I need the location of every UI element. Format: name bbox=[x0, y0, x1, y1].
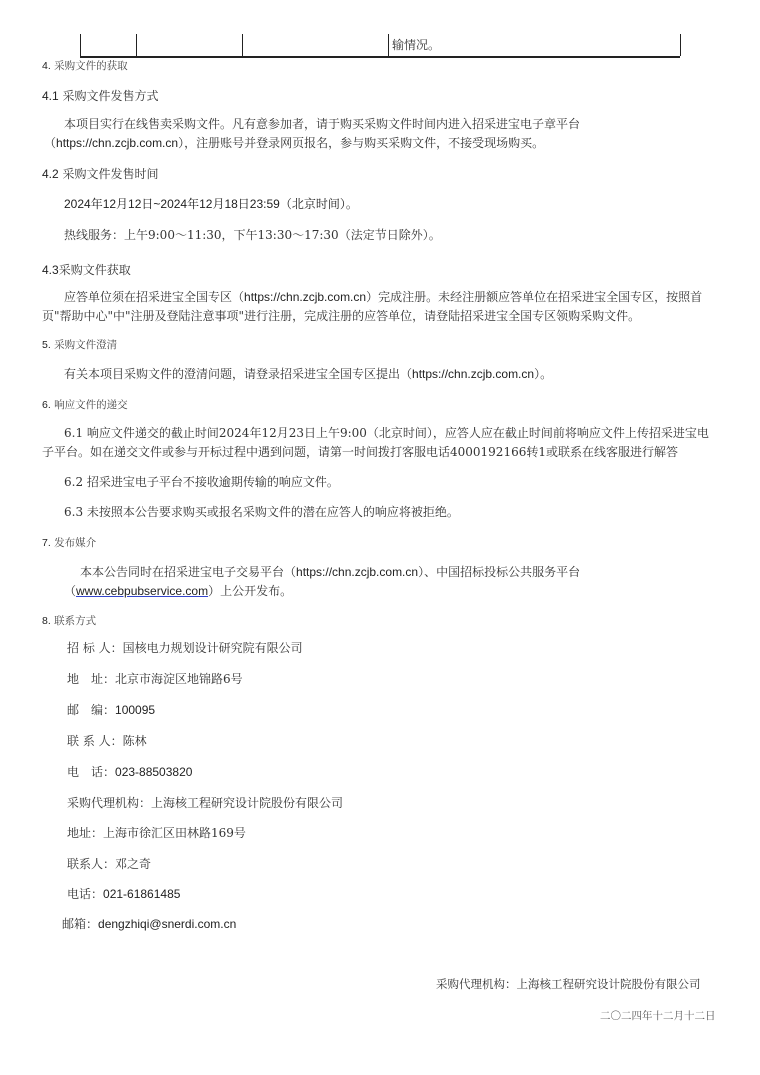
contact-tenderer: 招 标 人：国核电力规划设计研究院有限公司 bbox=[67, 639, 303, 656]
email-link[interactable]: dengzhiqi@snerdi.com.cn bbox=[98, 917, 236, 931]
contact-agency-phone: 电话：021-61861485 bbox=[67, 885, 180, 902]
contact-agency-email: 邮箱：dengzhiqi@snerdi.com.cn bbox=[62, 915, 236, 932]
sale-period: 2024年12月12日~2024年12月18日23:59（北京时间）。 bbox=[64, 194, 358, 214]
contact-agency-address: 地址：上海市徐汇区田林路169号 bbox=[67, 824, 246, 841]
platform-url-link[interactable]: https://chn.zcjb.com.cn bbox=[412, 367, 534, 381]
contact-agency-person: 联系人：邓之奇 bbox=[67, 855, 151, 872]
section-6-1-line2: 子平台。如在递交文件或参与开标过程中遇到问题，请第一时间拨打客服电话400019… bbox=[42, 442, 678, 462]
contact-address: 地 址：北京市海淀区地锦路6号 bbox=[67, 670, 243, 687]
section-7-line1: 本本公告同时在招采进宝电子交易平台（https://chn.zcjb.com.c… bbox=[80, 562, 580, 582]
signature-date: 二〇二四年十二月十二日 bbox=[600, 1008, 716, 1023]
cebpubservice-link[interactable]: www.cebpubservice.com bbox=[76, 584, 208, 598]
section-6-heading: 6. 响应文件的递交 bbox=[42, 397, 128, 412]
section-6-2: 6.2 招采进宝电子平台不接收逾期传输的响应文件。 bbox=[64, 472, 339, 492]
table-cell-text: 输情况。 bbox=[392, 36, 440, 53]
section-4-2-heading: 4.2 采购文件发售时间 bbox=[42, 165, 159, 182]
table-column-border bbox=[136, 34, 137, 56]
section-6-1-line1: 6.1 响应文件递交的截止时间2024年12月23日上午9:00（北京时间），应… bbox=[64, 423, 709, 443]
section-4-3-heading: 4.3采购文件获取 bbox=[42, 261, 131, 278]
table-column-border bbox=[388, 34, 389, 56]
section-5-heading: 5. 采购文件澄清 bbox=[42, 337, 117, 352]
section-5-paragraph: 有关本项目采购文件的澄清问题，请登录招采进宝全国专区提出（https://chn… bbox=[64, 364, 552, 384]
contact-postcode: 邮 编：100095 bbox=[67, 701, 155, 718]
section-6-3: 6.3 未按照本公告要求购买或报名采购文件的潜在应答人的响应将被拒绝。 bbox=[64, 502, 459, 522]
platform-url-link[interactable]: https://chn.zcjb.com.cn bbox=[296, 565, 418, 579]
contact-phone: 电 话：023-88503820 bbox=[67, 763, 192, 780]
section-4-heading: 4. 采购文件的获取 bbox=[42, 58, 128, 73]
section-8-heading: 8. 联系方式 bbox=[42, 613, 96, 628]
section-4-3-paragraph-line1: 应答单位须在招采进宝全国专区（https://chn.zcjb.com.cn）完… bbox=[64, 287, 702, 307]
table-column-border bbox=[680, 34, 681, 56]
table-column-border bbox=[80, 34, 81, 56]
section-4-1-heading: 4.1 采购文件发售方式 bbox=[42, 87, 159, 104]
section-4-1-paragraph-line1: 本项目实行在线售卖采购文件。凡有意参加者，请于购买采购文件时间内进入招采进宝电子… bbox=[64, 114, 580, 134]
section-4-3-paragraph-line2: 页"帮助中心"中"注册及登陆注意事项"进行注册，完成注册的应答单位，请登陆招采进… bbox=[42, 306, 640, 326]
contact-agency: 采购代理机构：上海核工程研究设计院股份有限公司 bbox=[67, 794, 343, 811]
table-fragment: 输情况。 bbox=[80, 34, 680, 58]
platform-url-link[interactable]: https://chn.zcjb.com.cn bbox=[56, 136, 178, 150]
section-7-heading: 7. 发布媒介 bbox=[42, 535, 96, 550]
platform-url-link[interactable]: https://chn.zcjb.com.cn bbox=[244, 290, 366, 304]
section-7-line2: （www.cebpubservice.com）上公开发布。 bbox=[64, 581, 292, 601]
section-4-1-paragraph-line2: （https://chn.zcjb.com.cn），注册账号并登录网页报名，参与… bbox=[44, 133, 544, 153]
contact-person: 联 系 人：陈林 bbox=[67, 732, 147, 749]
hotline-service: 热线服务：上午9:00～11:30，下午13:30～17:30（法定节日除外）。 bbox=[64, 225, 441, 245]
table-column-border bbox=[242, 34, 243, 56]
signature-agency: 采购代理机构：上海核工程研究设计院股份有限公司 bbox=[436, 976, 701, 992]
